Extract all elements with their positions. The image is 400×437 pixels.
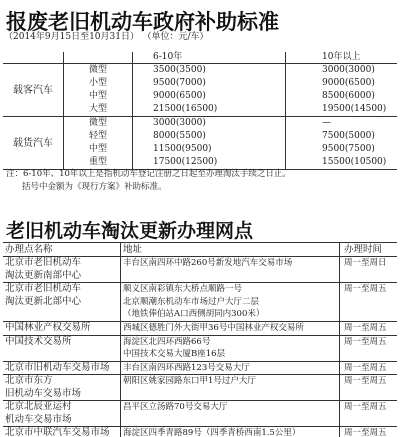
point-hours: 周一至周五 (340, 427, 398, 437)
point-name: 北京市老旧机动车淘汰更新南部中心 (3, 257, 121, 283)
name-line: 淘汰更新南部中心 (5, 270, 118, 283)
vehicle-type: 中型 (64, 143, 133, 156)
address-line: 中国技术交易大厦B座16层 (123, 348, 337, 361)
subsidy-table: 6-10年 10年以上 载客汽车 微型 3500(3500) 3000(3000… (3, 52, 397, 170)
point-address: 西城区德胜门外大街甲36号中国林业产权交易所 (121, 322, 340, 336)
subsidy-6-10: 3500(3500) (133, 64, 286, 78)
date-range: （2014年9月15日至10月31日） (4, 32, 139, 42)
point-name: 北京市旧机动车交易市场 (3, 361, 121, 375)
point-address: 丰台区南四环西路123号交易大厅 (121, 361, 340, 375)
subsidy-over-10: 8500(6000) (286, 90, 398, 103)
point-address: 昌平区立汤路70号交易大厅 (121, 401, 340, 427)
point-name: 中国林业产权交易所 (3, 322, 121, 336)
name-line: 中国林业产权交易所 (5, 322, 118, 335)
subsidy-over-10: 15500(10500) (286, 156, 398, 170)
point-hours: 周一至周日 (340, 257, 398, 283)
name-line: 机动车交易市场 (5, 414, 118, 427)
point-hours: 周一至周五 (340, 361, 398, 375)
address-line: 丰台区南四环中路260号新发地汽车交易市场 (123, 257, 337, 270)
subsidy-6-10: 9000(6500) (133, 90, 286, 103)
point-address: 顺义区南彩镇东大桥点顺路一号北京顺潮东机动车市场过户大厅二层（地铁俸伯站A口西侧… (121, 283, 340, 322)
header-blank-1 (3, 52, 64, 64)
address-line: 北京顺潮东机动车市场过户大厅二层 (123, 296, 337, 309)
table-row: 载货汽车 微型 3000(3000) — (3, 117, 397, 131)
point-hours: 周一至周五 (340, 335, 398, 361)
vehicle-type: 轻型 (64, 130, 133, 143)
table-row: 北京市旧机动车交易市场 丰台区南四环西路123号交易大厅 周一至周五 (3, 361, 397, 375)
point-name: 北京市东方旧机动车交易市场 (3, 375, 121, 401)
address-line: 海淀区北四环西路66号 (123, 336, 337, 349)
footnote-line-1: 注：6-10年、10年以上是指机动车登记注册之日起至办理淘汰手续之日止。 (6, 168, 291, 181)
table-row: 北京市老旧机动车淘汰更新北部中心 顺义区南彩镇东大桥点顺路一号北京顺潮东机动车市… (3, 283, 397, 322)
address-line: （地铁俸伯站A口西侧胡同内300米） (123, 308, 337, 321)
subsidy-over-10: 7500(5000) (286, 130, 398, 143)
point-hours: 周一至周五 (340, 283, 398, 322)
footnote: 注：6-10年、10年以上是指机动车登记注册之日起至办理淘汰手续之日止。 括号中… (6, 168, 291, 194)
subsidy-over-10: 9500(7500) (286, 143, 398, 156)
service-points-table: 办理点名称 地址 办理时间 北京市老旧机动车淘汰更新南部中心 丰台区南四环中路2… (3, 242, 397, 437)
address-line: 西城区德胜门外大街甲36号中国林业产权交易所 (123, 322, 337, 335)
header-name: 办理点名称 (3, 243, 121, 257)
footnote-line-2: 括号中金额为《现行方案》补助标准。 (6, 181, 291, 194)
point-hours: 周一至周五 (340, 322, 398, 336)
table-row: 北京市中联汽车交易市场 海淀区四季青路89号（四季青桥西南1.5公里） 周一至周… (3, 427, 397, 437)
category-cargo: 载货汽车 (3, 117, 64, 170)
table-row: 载客汽车 微型 3500(3500) 3000(3000) (3, 64, 397, 78)
subsidy-6-10: 3000(3000) (133, 117, 286, 131)
point-address: 丰台区南四环中路260号新发地汽车交易市场 (121, 257, 340, 283)
table-row: 中国技术交易所 海淀区北四环西路66号中国技术交易大厦B座16层 周一至周五 (3, 335, 397, 361)
name-line: 北京市旧机动车交易市场 (5, 362, 118, 375)
subsidy-6-10: 21500(16500) (133, 103, 286, 117)
point-name: 北京市中联汽车交易市场 (3, 427, 121, 437)
point-name: 中国技术交易所 (3, 335, 121, 361)
name-line: 北京市老旧机动车 (5, 257, 118, 270)
point-address: 海淀区北四环西路66号中国技术交易大厦B座16层 (121, 335, 340, 361)
header-hours: 办理时间 (340, 243, 398, 257)
point-address: 朝阳区姚家园路东口甲1号过户大厅 (121, 375, 340, 401)
name-line: 北京市中联汽车交易市场 (5, 427, 118, 437)
service-points-title: 老旧机动车淘汰更新办理网点 (6, 216, 253, 243)
subsidy-6-10: 8000(5500) (133, 130, 286, 143)
category-passenger: 载客汽车 (3, 64, 64, 117)
header-address: 地址 (121, 243, 340, 257)
name-line: 旧机动车交易市场 (5, 388, 118, 401)
point-hours: 周一至周五 (340, 375, 398, 401)
name-line: 中国技术交易所 (5, 336, 118, 349)
header-blank-2 (64, 52, 133, 64)
name-line: 北京北辰亚运村 (5, 401, 118, 414)
point-name: 北京北辰亚运村机动车交易市场 (3, 401, 121, 427)
vehicle-type: 中型 (64, 90, 133, 103)
name-line: 北京市东方 (5, 375, 118, 388)
header-6-10-years: 6-10年 (133, 52, 286, 64)
table-row: 北京市东方旧机动车交易市场 朝阳区姚家园路东口甲1号过户大厅 周一至周五 (3, 375, 397, 401)
service-table-header: 办理点名称 地址 办理时间 (3, 243, 397, 257)
point-hours: 周一至周五 (340, 401, 398, 427)
table-row: 中国林业产权交易所 西城区德胜门外大街甲36号中国林业产权交易所 周一至周五 (3, 322, 397, 336)
address-line: 昌平区立汤路70号交易大厅 (123, 401, 337, 414)
subsidy-over-10: 3000(3000) (286, 64, 398, 78)
subsidy-subtitle: （2014年9月15日至10月31日）（单位：元/车） (4, 29, 217, 42)
vehicle-type: 小型 (64, 77, 133, 90)
subsidy-over-10: 19500(14500) (286, 103, 398, 117)
subsidy-table-header: 6-10年 10年以上 (3, 52, 397, 64)
table-row: 北京市老旧机动车淘汰更新南部中心 丰台区南四环中路260号新发地汽车交易市场 周… (3, 257, 397, 283)
point-name: 北京市老旧机动车淘汰更新北部中心 (3, 283, 121, 322)
table-row: 北京北辰亚运村机动车交易市场 昌平区立汤路70号交易大厅 周一至周五 (3, 401, 397, 427)
subsidy-over-10: 9000(6500) (286, 77, 398, 90)
header-over-10-years: 10年以上 (286, 52, 398, 64)
address-line: 丰台区南四环西路123号交易大厅 (123, 362, 337, 375)
address-line: 海淀区四季青路89号（四季青桥西南1.5公里） (123, 427, 337, 437)
vehicle-type: 微型 (64, 64, 133, 78)
subsidy-over-10: — (286, 117, 398, 131)
unit-label: （单位：元/车） (147, 32, 209, 42)
point-address: 海淀区四季青路89号（四季青桥西南1.5公里） (121, 427, 340, 437)
name-line: 北京市老旧机动车 (5, 283, 118, 296)
subsidy-6-10: 9500(7000) (133, 77, 286, 90)
subsidy-6-10: 11500(9500) (133, 143, 286, 156)
address-line: 顺义区南彩镇东大桥点顺路一号 (123, 283, 337, 296)
name-line: 淘汰更新北部中心 (5, 296, 118, 309)
vehicle-type: 微型 (64, 117, 133, 131)
address-line: 朝阳区姚家园路东口甲1号过户大厅 (123, 375, 337, 388)
vehicle-type: 大型 (64, 103, 133, 117)
